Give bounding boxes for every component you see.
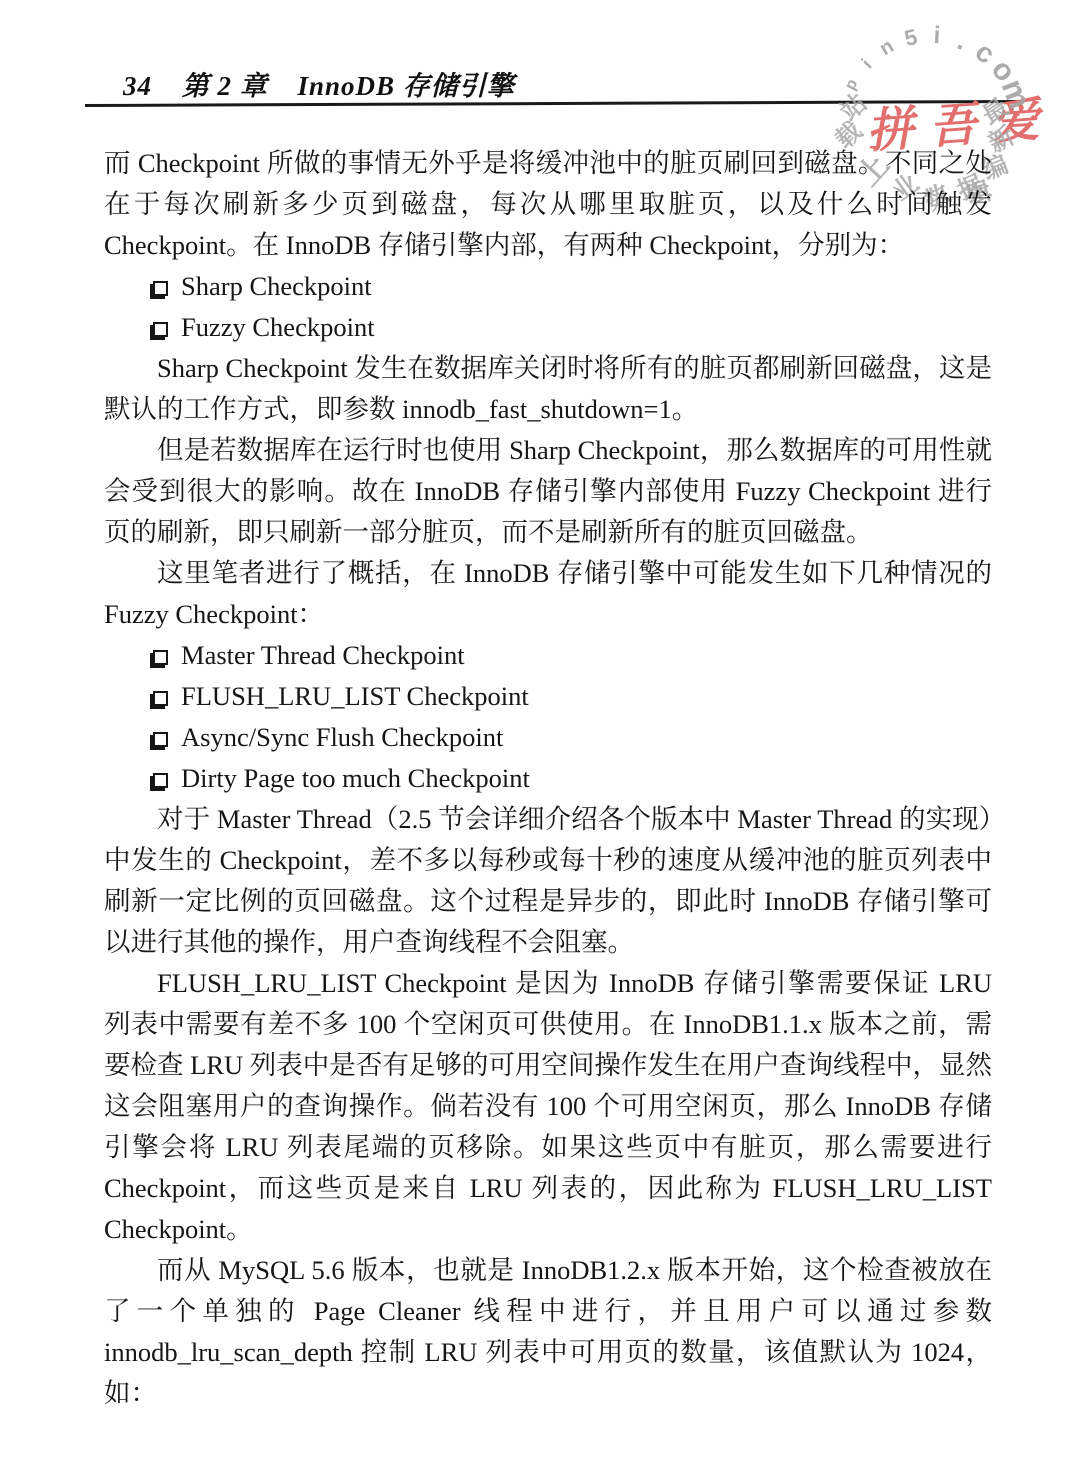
paragraph: 对于 Master Thread（2.5 节会详细介绍各个版本中 Master … [104,799,992,963]
page-number: 34 [123,71,152,101]
bullet-label: Master Thread Checkpoint [181,640,465,670]
paragraph: 但是若数据库在运行时也使用 Sharp Checkpoint，那么数据库的可用性… [104,430,992,553]
checkbox-bullet-icon [153,691,168,706]
scanned-book-page: 34 第 2 章 InnoDB 存储引擎 拼吾爱 pin5i.com站载上业数据… [0,0,1080,1478]
bullet-item: Dirty Page too much Checkpoint [104,758,992,799]
watermark-arc-letter: i [857,55,876,73]
watermark-arc-letter: i [933,22,941,50]
bullet-item: FLUSH_LRU_LIST Checkpoint [104,676,992,717]
paragraph: 而 Checkpoint 所做的事情无外乎是将缓冲池中的脏页刷回到磁盘。不同之处… [104,143,992,266]
page-body: 而 Checkpoint 所做的事情无外乎是将缓冲池中的脏页刷回到磁盘。不同之处… [104,143,992,1414]
watermark-arc-letter: . [953,25,970,57]
bullet-label: Dirty Page too much Checkpoint [181,763,530,793]
bullet-label: Async/Sync Flush Checkpoint [181,722,503,752]
chapter-label: 第 2 章 [182,71,268,101]
paragraph: FLUSH_LRU_LIST Checkpoint 是因为 InnoDB 存储引… [104,963,992,1250]
checkbox-bullet-icon [153,650,168,665]
running-head: 34 第 2 章 InnoDB 存储引擎 [123,64,537,103]
watermark-ring-char: 最 [974,88,1015,132]
bullet-item: Sharp Checkpoint [104,266,992,307]
bullet-label: FLUSH_LRU_LIST Checkpoint [181,681,529,711]
paragraph: Sharp Checkpoint 发生在数据库关闭时将所有的脏页都刷新回磁盘，这… [104,348,992,430]
watermark-arc-letter: 5 [902,24,920,52]
checkbox-bullet-icon [153,281,168,296]
paragraph: 这里笔者进行了概括，在 InnoDB 存储引擎中可能发生如下几种情况的 Fuzz… [104,553,992,635]
bullet-item: Master Thread Checkpoint [104,635,992,676]
bullet-item: Async/Sync Flush Checkpoint [104,717,992,758]
checkbox-bullet-icon [153,322,168,337]
checkbox-bullet-icon [153,732,168,747]
bullet-label: Fuzzy Checkpoint [181,312,375,342]
paragraph: 而从 MySQL 5.6 版本，也就是 InnoDB1.2.x 版本开始，这个检… [104,1250,992,1414]
bullet-item: Fuzzy Checkpoint [104,307,992,348]
book-title: InnoDB 存储引擎 [298,71,515,101]
watermark-arc-letter: o [984,54,1022,89]
bullet-label: Sharp Checkpoint [181,271,372,301]
watermark-ring-char: 站 [831,84,874,127]
watermark-arc-letter: p [842,77,862,94]
checkbox-bullet-icon [153,773,168,788]
watermark-arc-letter: n [876,35,898,61]
watermark-arc-letter: m [994,74,1039,114]
watermark-arc-letter: c [969,36,1000,71]
